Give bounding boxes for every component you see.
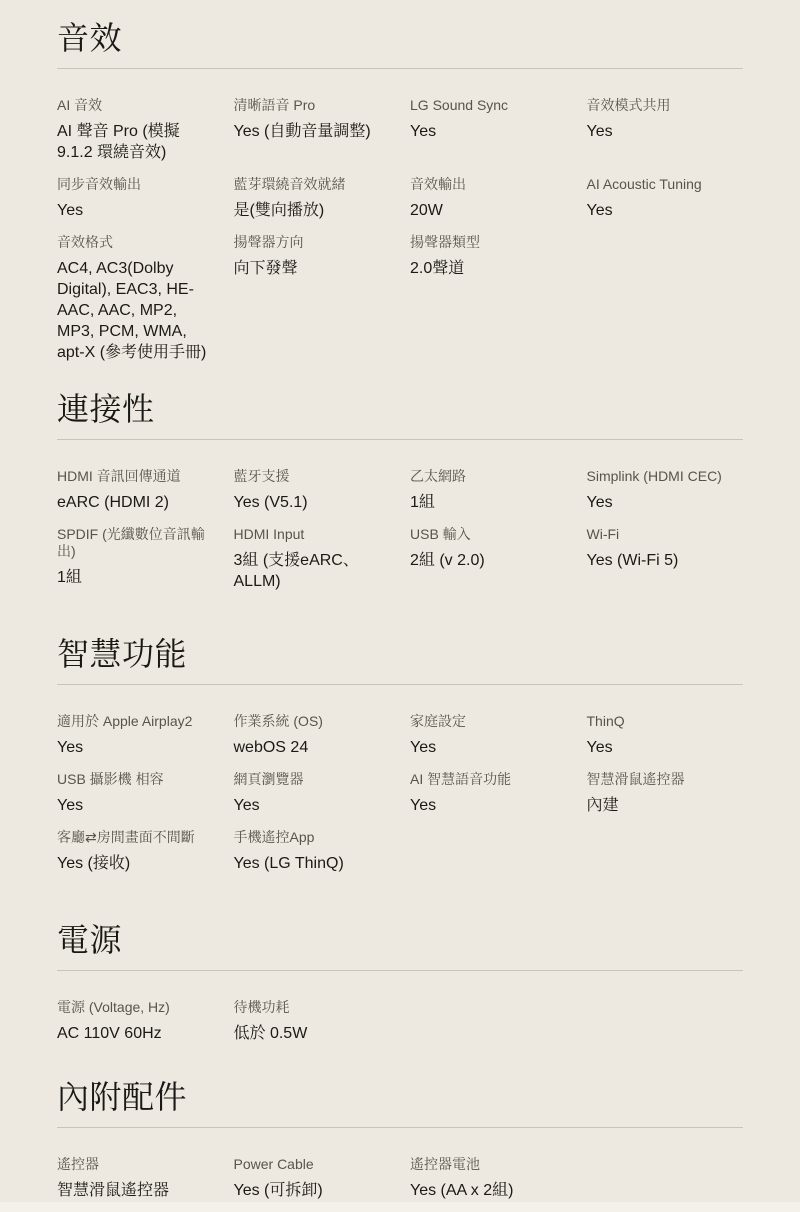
- spec-value: Yes (V5.1): [234, 492, 391, 513]
- section-smart-features-title: 智慧功能: [57, 634, 743, 674]
- spec-item-power-cable: Power Cable Yes (可拆卸): [234, 1156, 391, 1201]
- spec-label: 網頁瀏覽器: [234, 771, 391, 788]
- section-divider: [57, 970, 743, 971]
- spec-value: 2組 (v 2.0): [410, 550, 567, 571]
- spec-page: 音效 AI 音效 AI 聲音 Pro (模擬 9.1.2 環繞音效) 清晰語音 …: [0, 0, 800, 1201]
- spec-label: ThinQ: [587, 713, 744, 730]
- spec-value: Yes: [57, 737, 214, 758]
- spec-label: SPDIF (光纖數位音訊輸出): [57, 526, 214, 560]
- spec-value: 低於 0.5W: [234, 1023, 391, 1044]
- section-connectivity: 連接性 HDMI 音訊回傳通道 eARC (HDMI 2) 藍牙支援 Yes (…: [57, 389, 743, 592]
- spec-label: USB 攝影機 相容: [57, 771, 214, 788]
- spec-value: Yes: [587, 737, 744, 758]
- spec-label: AI Acoustic Tuning: [587, 176, 744, 193]
- spec-value: AC 110V 60Hz: [57, 1023, 214, 1044]
- spec-item-ai-voice: AI 智慧語音功能 Yes: [410, 771, 567, 816]
- spec-grid-power: 電源 (Voltage, Hz) AC 110V 60Hz 待機功耗 低於 0.…: [57, 999, 743, 1044]
- spec-value: 20W: [410, 200, 567, 221]
- spec-label: 遙控器電池: [410, 1156, 567, 1173]
- spec-label: 智慧滑鼠遙控器: [587, 771, 744, 788]
- spec-label: AI 音效: [57, 97, 214, 114]
- spec-value: Yes: [57, 795, 214, 816]
- spec-label: 遙控器: [57, 1156, 214, 1173]
- section-power: 電源 電源 (Voltage, Hz) AC 110V 60Hz 待機功耗 低於…: [57, 920, 743, 1044]
- spec-grid-connectivity: HDMI 音訊回傳通道 eARC (HDMI 2) 藍牙支援 Yes (V5.1…: [57, 468, 743, 592]
- section-accessories: 內附配件 遙控器 智慧滑鼠遙控器 Power Cable Yes (可拆卸) 遙…: [57, 1077, 743, 1201]
- spec-value: 1組: [57, 567, 214, 588]
- spec-item-clear-voice-pro: 清晰語音 Pro Yes (自動音量調整): [234, 97, 391, 163]
- spec-value: 內建: [587, 795, 744, 816]
- spec-label: 適用於 Apple Airplay2: [57, 713, 214, 730]
- spec-item-speaker-direction: 揚聲器方向 向下發聲: [234, 234, 391, 363]
- spec-item-hdmi-arc: HDMI 音訊回傳通道 eARC (HDMI 2): [57, 468, 214, 513]
- spec-item-thinq: ThinQ Yes: [587, 713, 744, 758]
- spec-value: AI 聲音 Pro (模擬 9.1.2 環繞音效): [57, 121, 214, 163]
- spec-value: Yes: [587, 200, 744, 221]
- spec-label: Power Cable: [234, 1156, 391, 1173]
- section-accessories-title: 內附配件: [57, 1077, 743, 1117]
- spec-item-ethernet: 乙太網路 1組: [410, 468, 567, 513]
- spec-item-airplay2: 適用於 Apple Airplay2 Yes: [57, 713, 214, 758]
- section-smart-features: 智慧功能 適用於 Apple Airplay2 Yes 作業系統 (OS) we…: [57, 634, 743, 874]
- spec-label: 乙太網路: [410, 468, 567, 485]
- spec-item-spdif: SPDIF (光纖數位音訊輸出) 1組: [57, 526, 214, 592]
- spec-item-home-setting: 家庭設定 Yes: [410, 713, 567, 758]
- spec-value: 智慧滑鼠遙控器: [57, 1180, 214, 1201]
- spec-value: Yes: [410, 795, 567, 816]
- spec-label: HDMI Input: [234, 526, 391, 543]
- spec-item-os: 作業系統 (OS) webOS 24: [234, 713, 391, 758]
- spec-item-usb-camera: USB 攝影機 相容 Yes: [57, 771, 214, 816]
- footer-strip: [0, 1202, 800, 1212]
- spec-item-audio-output-power: 音效輸出 20W: [410, 176, 567, 221]
- spec-label: 音效模式共用: [587, 97, 744, 114]
- spec-item-voltage: 電源 (Voltage, Hz) AC 110V 60Hz: [57, 999, 214, 1044]
- spec-label: AI 智慧語音功能: [410, 771, 567, 788]
- spec-label: 待機功耗: [234, 999, 391, 1016]
- spec-item-ai-acoustic-tuning: AI Acoustic Tuning Yes: [587, 176, 744, 221]
- spec-label: 揚聲器類型: [410, 234, 567, 251]
- spec-value: 向下發聲: [234, 258, 391, 279]
- spec-item-simplink: Simplink (HDMI CEC) Yes: [587, 468, 744, 513]
- spec-label: 手機遙控App: [234, 829, 391, 846]
- section-divider: [57, 439, 743, 440]
- spec-value: Yes: [410, 121, 567, 142]
- spec-value: Yes (自動音量調整): [234, 121, 391, 142]
- spec-value: webOS 24: [234, 737, 391, 758]
- spec-value: 1組: [410, 492, 567, 513]
- spec-item-room-to-room: 客廳⇄房間畫面不間斷 Yes (接收): [57, 829, 214, 874]
- spec-item-remote-app: 手機遙控App Yes (LG ThinQ): [234, 829, 391, 874]
- spec-label: 客廳⇄房間畫面不間斷: [57, 829, 214, 846]
- spec-item-remote-batteries: 遙控器電池 Yes (AA x 2組): [410, 1156, 567, 1201]
- section-connectivity-title: 連接性: [57, 389, 743, 429]
- spec-label: 藍芽環繞音效就緒: [234, 176, 391, 193]
- spec-grid-smart-features: 適用於 Apple Airplay2 Yes 作業系統 (OS) webOS 2…: [57, 713, 743, 874]
- spec-item-web-browser: 網頁瀏覽器 Yes: [234, 771, 391, 816]
- spec-label: 同步音效輸出: [57, 176, 214, 193]
- spec-value: 3組 (支援eARC、ALLM): [234, 550, 391, 592]
- spec-value: 是(雙向播放): [234, 200, 391, 221]
- spec-value: Yes (LG ThinQ): [234, 853, 391, 874]
- section-audio-title: 音效: [57, 18, 743, 58]
- spec-item-magic-remote-builtin: 智慧滑鼠遙控器 內建: [587, 771, 744, 816]
- spec-value: Yes (可拆卸): [234, 1180, 391, 1201]
- spec-label: 音效輸出: [410, 176, 567, 193]
- spec-value: Yes (Wi-Fi 5): [587, 550, 744, 571]
- spec-item-remote-control: 遙控器 智慧滑鼠遙控器: [57, 1156, 214, 1201]
- spec-value: Yes: [587, 121, 744, 142]
- spec-item-synced-audio-out: 同步音效輸出 Yes: [57, 176, 214, 221]
- spec-value: AC4, AC3(Dolby Digital), EAC3, HE-AAC, A…: [57, 258, 214, 363]
- spec-label: Simplink (HDMI CEC): [587, 468, 744, 485]
- spec-value: Yes: [587, 492, 744, 513]
- spec-label: LG Sound Sync: [410, 97, 567, 114]
- spec-label: 家庭設定: [410, 713, 567, 730]
- spec-label: 作業系統 (OS): [234, 713, 391, 730]
- spec-label: 清晰語音 Pro: [234, 97, 391, 114]
- spec-value: Yes (接收): [57, 853, 214, 874]
- spec-item-speaker-type: 揚聲器類型 2.0聲道: [410, 234, 567, 363]
- spec-label: USB 輸入: [410, 526, 567, 543]
- spec-item-sound-mode-share: 音效模式共用 Yes: [587, 97, 744, 163]
- section-divider: [57, 1127, 743, 1128]
- spec-grid-audio: AI 音效 AI 聲音 Pro (模擬 9.1.2 環繞音效) 清晰語音 Pro…: [57, 97, 743, 363]
- spec-item-lg-sound-sync: LG Sound Sync Yes: [410, 97, 567, 163]
- spec-label: 音效格式: [57, 234, 214, 251]
- section-power-title: 電源: [57, 920, 743, 960]
- section-audio: 音效 AI 音效 AI 聲音 Pro (模擬 9.1.2 環繞音效) 清晰語音 …: [57, 18, 743, 363]
- spec-value: 2.0聲道: [410, 258, 567, 279]
- spec-item-bluetooth: 藍牙支援 Yes (V5.1): [234, 468, 391, 513]
- spec-item-bt-surround-ready: 藍芽環繞音效就緒 是(雙向播放): [234, 176, 391, 221]
- spec-item-audio-codec: 音效格式 AC4, AC3(Dolby Digital), EAC3, HE-A…: [57, 234, 214, 363]
- spec-value: Yes (AA x 2組): [410, 1180, 567, 1201]
- spec-label: 藍牙支援: [234, 468, 391, 485]
- spec-label: 電源 (Voltage, Hz): [57, 999, 214, 1016]
- spec-item-hdmi-input: HDMI Input 3組 (支援eARC、ALLM): [234, 526, 391, 592]
- spec-item-wifi: Wi-Fi Yes (Wi-Fi 5): [587, 526, 744, 592]
- section-divider: [57, 68, 743, 69]
- spec-item-ai-sound: AI 音效 AI 聲音 Pro (模擬 9.1.2 環繞音效): [57, 97, 214, 163]
- spec-item-usb-input: USB 輸入 2組 (v 2.0): [410, 526, 567, 592]
- spec-item-standby-power: 待機功耗 低於 0.5W: [234, 999, 391, 1044]
- spec-label: 揚聲器方向: [234, 234, 391, 251]
- spec-label: HDMI 音訊回傳通道: [57, 468, 214, 485]
- section-divider: [57, 684, 743, 685]
- spec-value: Yes: [57, 200, 214, 221]
- spec-value: Yes: [234, 795, 391, 816]
- spec-label: Wi-Fi: [587, 526, 744, 543]
- spec-grid-accessories: 遙控器 智慧滑鼠遙控器 Power Cable Yes (可拆卸) 遙控器電池 …: [57, 1156, 743, 1201]
- spec-value: Yes: [410, 737, 567, 758]
- spec-value: eARC (HDMI 2): [57, 492, 214, 513]
